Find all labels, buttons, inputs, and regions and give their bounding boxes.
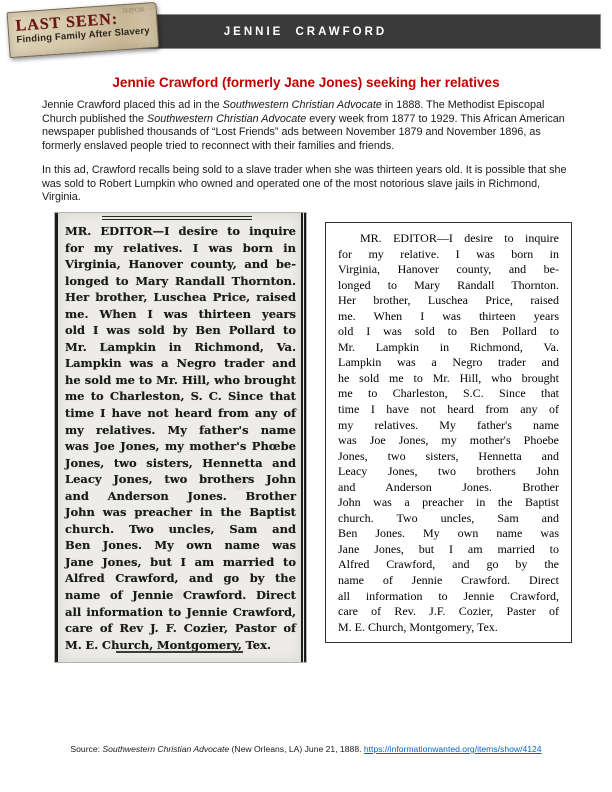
transcription-line: M. E. Church, Montgomery, Tex. bbox=[338, 620, 559, 636]
transcription-line: all information to Jennie Crawford, bbox=[338, 589, 559, 605]
source-link[interactable]: https://informationwanted.org/items/show… bbox=[364, 744, 542, 754]
clipping-bottom-rule bbox=[116, 651, 242, 653]
clipping-line: Lampkin was a Negro trader and bbox=[65, 355, 296, 372]
clipping-line: church. Two uncles, Sam and bbox=[65, 521, 296, 538]
transcription-line: for my relative. I was born in bbox=[338, 247, 559, 263]
transcription-line: Virginia, Hanover county, and be- bbox=[338, 262, 559, 278]
clipping-line: time I have not heard from any of bbox=[65, 405, 296, 422]
clipping-line: Jane Jones, but I am married to bbox=[65, 554, 296, 571]
clipping-line: all information to Jennie Crawford, bbox=[65, 604, 296, 621]
transcription-line: old I was sold to Ben Pollard to bbox=[338, 324, 559, 340]
transcription-line: Jane Jones, but I am married to bbox=[338, 542, 559, 558]
clipping-line: Her brother, Luschea Price, raised bbox=[65, 289, 296, 306]
clipping-line: Ben Jones. My own name was bbox=[65, 537, 296, 554]
transcription-line: Lampkin was a Negro trader and bbox=[338, 355, 559, 371]
newspaper-clipping-image: MR. EDITOR—I desire to inquirefor my rel… bbox=[55, 213, 306, 662]
transcription-line: MR. EDITOR—I desire to inquire bbox=[338, 231, 559, 247]
clipping-line: my relatives. My father's name bbox=[65, 422, 296, 439]
clipping-line: me. When I was thirteen years bbox=[65, 306, 296, 323]
transcription-line: was Joe Jones, my mother's Phoebe bbox=[338, 433, 559, 449]
clipping-line: Mr. Lampkin in Richmond, Va. bbox=[65, 339, 296, 356]
text-run: Southwestern Christian Advocate bbox=[223, 99, 382, 111]
text-run: Southwestern Christian Advocate bbox=[147, 113, 306, 125]
page-title: Jennie Crawford (formerly Jane Jones) se… bbox=[0, 75, 612, 90]
clipping-line: and Anderson Jones. Brother bbox=[65, 488, 296, 505]
clipping-line: care of Rev J. F. Cozier, Pastor of bbox=[65, 620, 296, 637]
transcription-box: MR. EDITOR—I desire to inquirefor my rel… bbox=[325, 222, 572, 643]
clipping-line: for my relatives. I was born in bbox=[65, 240, 296, 257]
intro-paragraph-1: Jennie Crawford placed this ad in the So… bbox=[42, 99, 579, 153]
transcription-line: and Anderson Jones. Brother bbox=[338, 480, 559, 496]
clipping-line: he sold me to Mr. Hill, who brought bbox=[65, 372, 296, 389]
transcription-line: name of Jennie Crawford. Direct bbox=[338, 573, 559, 589]
transcription-line: my relatives. My father's name bbox=[338, 418, 559, 434]
transcription-line: me. When I was thirteen years bbox=[338, 309, 559, 325]
transcription-line: church. Two uncles, Sam and bbox=[338, 511, 559, 527]
transcription-line: time I have not heard from any of bbox=[338, 402, 559, 418]
transcription-line: me to Charleston, S.C. Since that bbox=[338, 386, 559, 402]
clipping-line: Virginia, Hanover county, and be- bbox=[65, 256, 296, 273]
transcription-line: Ben Jones. My own name was bbox=[338, 526, 559, 542]
intro-paragraph-2: In this ad, Crawford recalls being sold … bbox=[42, 164, 579, 205]
transcription-line: John was a preacher in the Baptist bbox=[338, 495, 559, 511]
clipping-line: Jones, two sisters, Hennetta and bbox=[65, 455, 296, 472]
clipping-line: old I was sold by Ben Pollard to bbox=[65, 322, 296, 339]
last-seen-logo: IMPOR··· LAST SEEN: Finding Family After… bbox=[7, 2, 160, 58]
clipping-line: was Joe Jones, my mother's Phœbe bbox=[65, 438, 296, 455]
transcription-line: Mr. Lampkin in Richmond, Va. bbox=[338, 340, 559, 356]
clipping-line: Leacy Jones, two brothers John bbox=[65, 471, 296, 488]
clipping-top-rule bbox=[102, 216, 253, 220]
clipping-line: Alfred Crawford, and go by the bbox=[65, 570, 296, 587]
text-run: (New Orleans, LA) June 21, 1888. bbox=[229, 744, 364, 754]
text-run: Southwestern Christian Advocate bbox=[102, 744, 229, 754]
clipping-line: me to Charleston, S. C. Since that bbox=[65, 388, 296, 405]
text-run: Jennie Crawford placed this ad in the bbox=[42, 99, 223, 111]
clipping-line: MR. EDITOR—I desire to inquire bbox=[65, 223, 296, 240]
transcription-line: care of Rev. J.F. Cozier, Paster of bbox=[338, 604, 559, 620]
source-citation: Source: Southwestern Christian Advocate … bbox=[0, 744, 612, 754]
clipping-line: longed to Mary Randall Thornton. bbox=[65, 273, 296, 290]
transcription-line: Jones, two sisters, Hennetta and bbox=[338, 449, 559, 465]
transcription-line: Leacy Jones, two brothers John bbox=[338, 464, 559, 480]
header-title: JENNIE CRAWFORD bbox=[224, 26, 387, 38]
transcription-line: longed to Mary Randall Thornton. bbox=[338, 278, 559, 294]
clipping-line: name of Jennie Crawford. Direct bbox=[65, 587, 296, 604]
text-run: Source: bbox=[70, 744, 102, 754]
transcription-line: he sold me to Mr. Hill, who brought bbox=[338, 371, 559, 387]
clipping-line: John was preacher in the Baptist bbox=[65, 504, 296, 521]
transcription-line: Alfred Crawford, and go by the bbox=[338, 557, 559, 573]
transcription-line: Her brother, Luschea Price, raised bbox=[338, 293, 559, 309]
document-page: JENNIE CRAWFORD IMPOR··· LAST SEEN: Find… bbox=[0, 0, 612, 792]
